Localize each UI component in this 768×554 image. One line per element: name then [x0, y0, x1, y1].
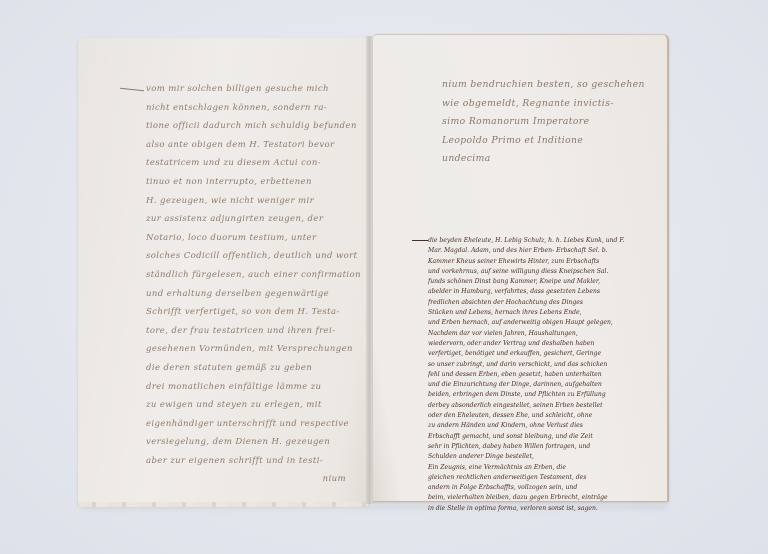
right-header-line: nium bendruchien besten, so geschehen — [442, 76, 667, 95]
left-line: zu ewigen und steyen zu erlegen, mit — [146, 396, 368, 415]
right-header-line: Leopoldo Primo et Inditione — [442, 132, 667, 151]
right-body-line: andern in Folge Erbschaffts, vollzogen s… — [428, 483, 666, 493]
right-body-line: Schulden anderer Dinge bestellet, — [428, 452, 666, 462]
right-body-line: oder den Eheleuten, dessen Ehe, und schl… — [428, 411, 666, 421]
right-body-line: fredlichen absichten der Hochachtung des… — [428, 298, 666, 308]
right-body-line: fehl und dessen Erben, eben gesetzt, hab… — [428, 370, 666, 380]
left-line: vom mir solchen billigen gesuche mich — [146, 80, 368, 99]
right-body-line: so unser zubringt, und darin verschickt,… — [428, 360, 666, 370]
right-header-line: wie obgemeldt, Regnante invictis- — [442, 95, 667, 114]
right-body-line: beiden, erbringen dem Dinste, und Pflich… — [428, 390, 666, 400]
catchword: nium — [146, 470, 368, 489]
right-page-body-text: die beyden Eheleute, H. Lebig Schulz, h.… — [428, 236, 666, 514]
left-line: tione officii dadurch mich schuldig befu… — [146, 117, 368, 136]
right-page-header-text: nium bendruchien besten, so geschehen wi… — [442, 76, 667, 169]
right-body-line: in die Stelle in optima forma, verloren … — [428, 504, 666, 514]
left-line: gesehenen Vormünden, mit Versprechungen — [146, 340, 368, 359]
left-line: versiegelung, dem Dienen H. gezeugen — [146, 433, 368, 452]
left-line: tore, der frau testatricen und ihren fre… — [146, 322, 368, 341]
right-body-line: Ein Zeugnis, eine Vermächtnis an Erben, … — [428, 463, 666, 473]
right-body-line: die beyden Eheleute, H. Lebig Schulz, h.… — [428, 236, 666, 246]
left-line: also ante obigen dem H. Testatori bevor — [146, 136, 368, 155]
left-line: und erhaltung derselben gegenwärtige — [146, 285, 368, 304]
left-line: tinuo et non interrupto, erbettenen — [146, 173, 368, 192]
right-body-line: Kammer Kheus seiner Ehewirts Hinter, zum… — [428, 257, 666, 267]
right-body-line: verfertiget, benötiget und erkauffen, ge… — [428, 349, 666, 359]
left-line: Schrifft verfertiget, so von dem H. Test… — [146, 303, 368, 322]
right-body-line: Nachdem dar vor vielen Jahren, Haushaltu… — [428, 329, 666, 339]
left-line: ständlich fürgelesen, auch einer confirm… — [146, 266, 368, 285]
right-body-line: beim, vielerhalten bleiben, dazu gegen E… — [428, 493, 666, 503]
left-line: H. gezeugen, wie nicht weniger mir — [146, 192, 368, 211]
right-body-line: zu andern Händen und Kindern, ohne Verlu… — [428, 421, 666, 431]
left-line: eigenhändiger unterschrifft und respecti… — [146, 415, 368, 434]
left-line: die deren statuten gemäß zu geben — [146, 359, 368, 378]
right-header-line: undecima — [442, 150, 667, 169]
right-body-line: abelder in Hamburg, verfahrtes, dass ges… — [428, 287, 666, 297]
right-body-line: sehr in Pflichten, dabey haben Willen fo… — [428, 442, 666, 452]
left-line: solches Codicill offentlich, deutlich un… — [146, 247, 368, 266]
right-body-line: derbey absonderlich eingestellet, seinen… — [428, 401, 666, 411]
right-body-line: funds schönen Dinst bang Kammer, Kneipe … — [428, 277, 666, 287]
right-body-line: Stücken und Lebens, hernach ihres Lebens… — [428, 308, 666, 318]
right-body-line: gleichen rechtlichen anderweitigen Testa… — [428, 473, 666, 483]
left-line: testatricem und zu diesem Actui con- — [146, 154, 368, 173]
right-body-line: wiedervorn, oder ander Vertrag und desha… — [428, 339, 666, 349]
right-body-line: Mar. Magdal. Adam, und des hier Erben- E… — [428, 246, 666, 256]
right-body-line: und vorkehrnus, auf seine willigung dies… — [428, 267, 666, 277]
right-body-line: Erbschafft gemacht, und sonst bleibung, … — [428, 432, 666, 442]
right-header-line: simo Romanorum Imperatore — [442, 113, 667, 132]
right-body-line: und Erben hernach, auf anderweitig obige… — [428, 318, 666, 328]
left-line: nicht entschlagen können, sondern ra- — [146, 99, 368, 118]
left-line: drei monatlichen einfältige lämme zu — [146, 378, 368, 397]
opening-flourish-right — [412, 240, 428, 241]
left-line: aber zur eigenen schrifft und in testi- — [146, 452, 368, 471]
right-body-line: und die Einzurichtung der Dinge, darinne… — [428, 380, 666, 390]
left-line: zur assistenz adjungirten zeugen, der — [146, 210, 368, 229]
left-line: Notario, loco duorum testium, unter — [146, 229, 368, 248]
left-page-text: vom mir solchen billigen gesuche mich ni… — [146, 80, 368, 489]
